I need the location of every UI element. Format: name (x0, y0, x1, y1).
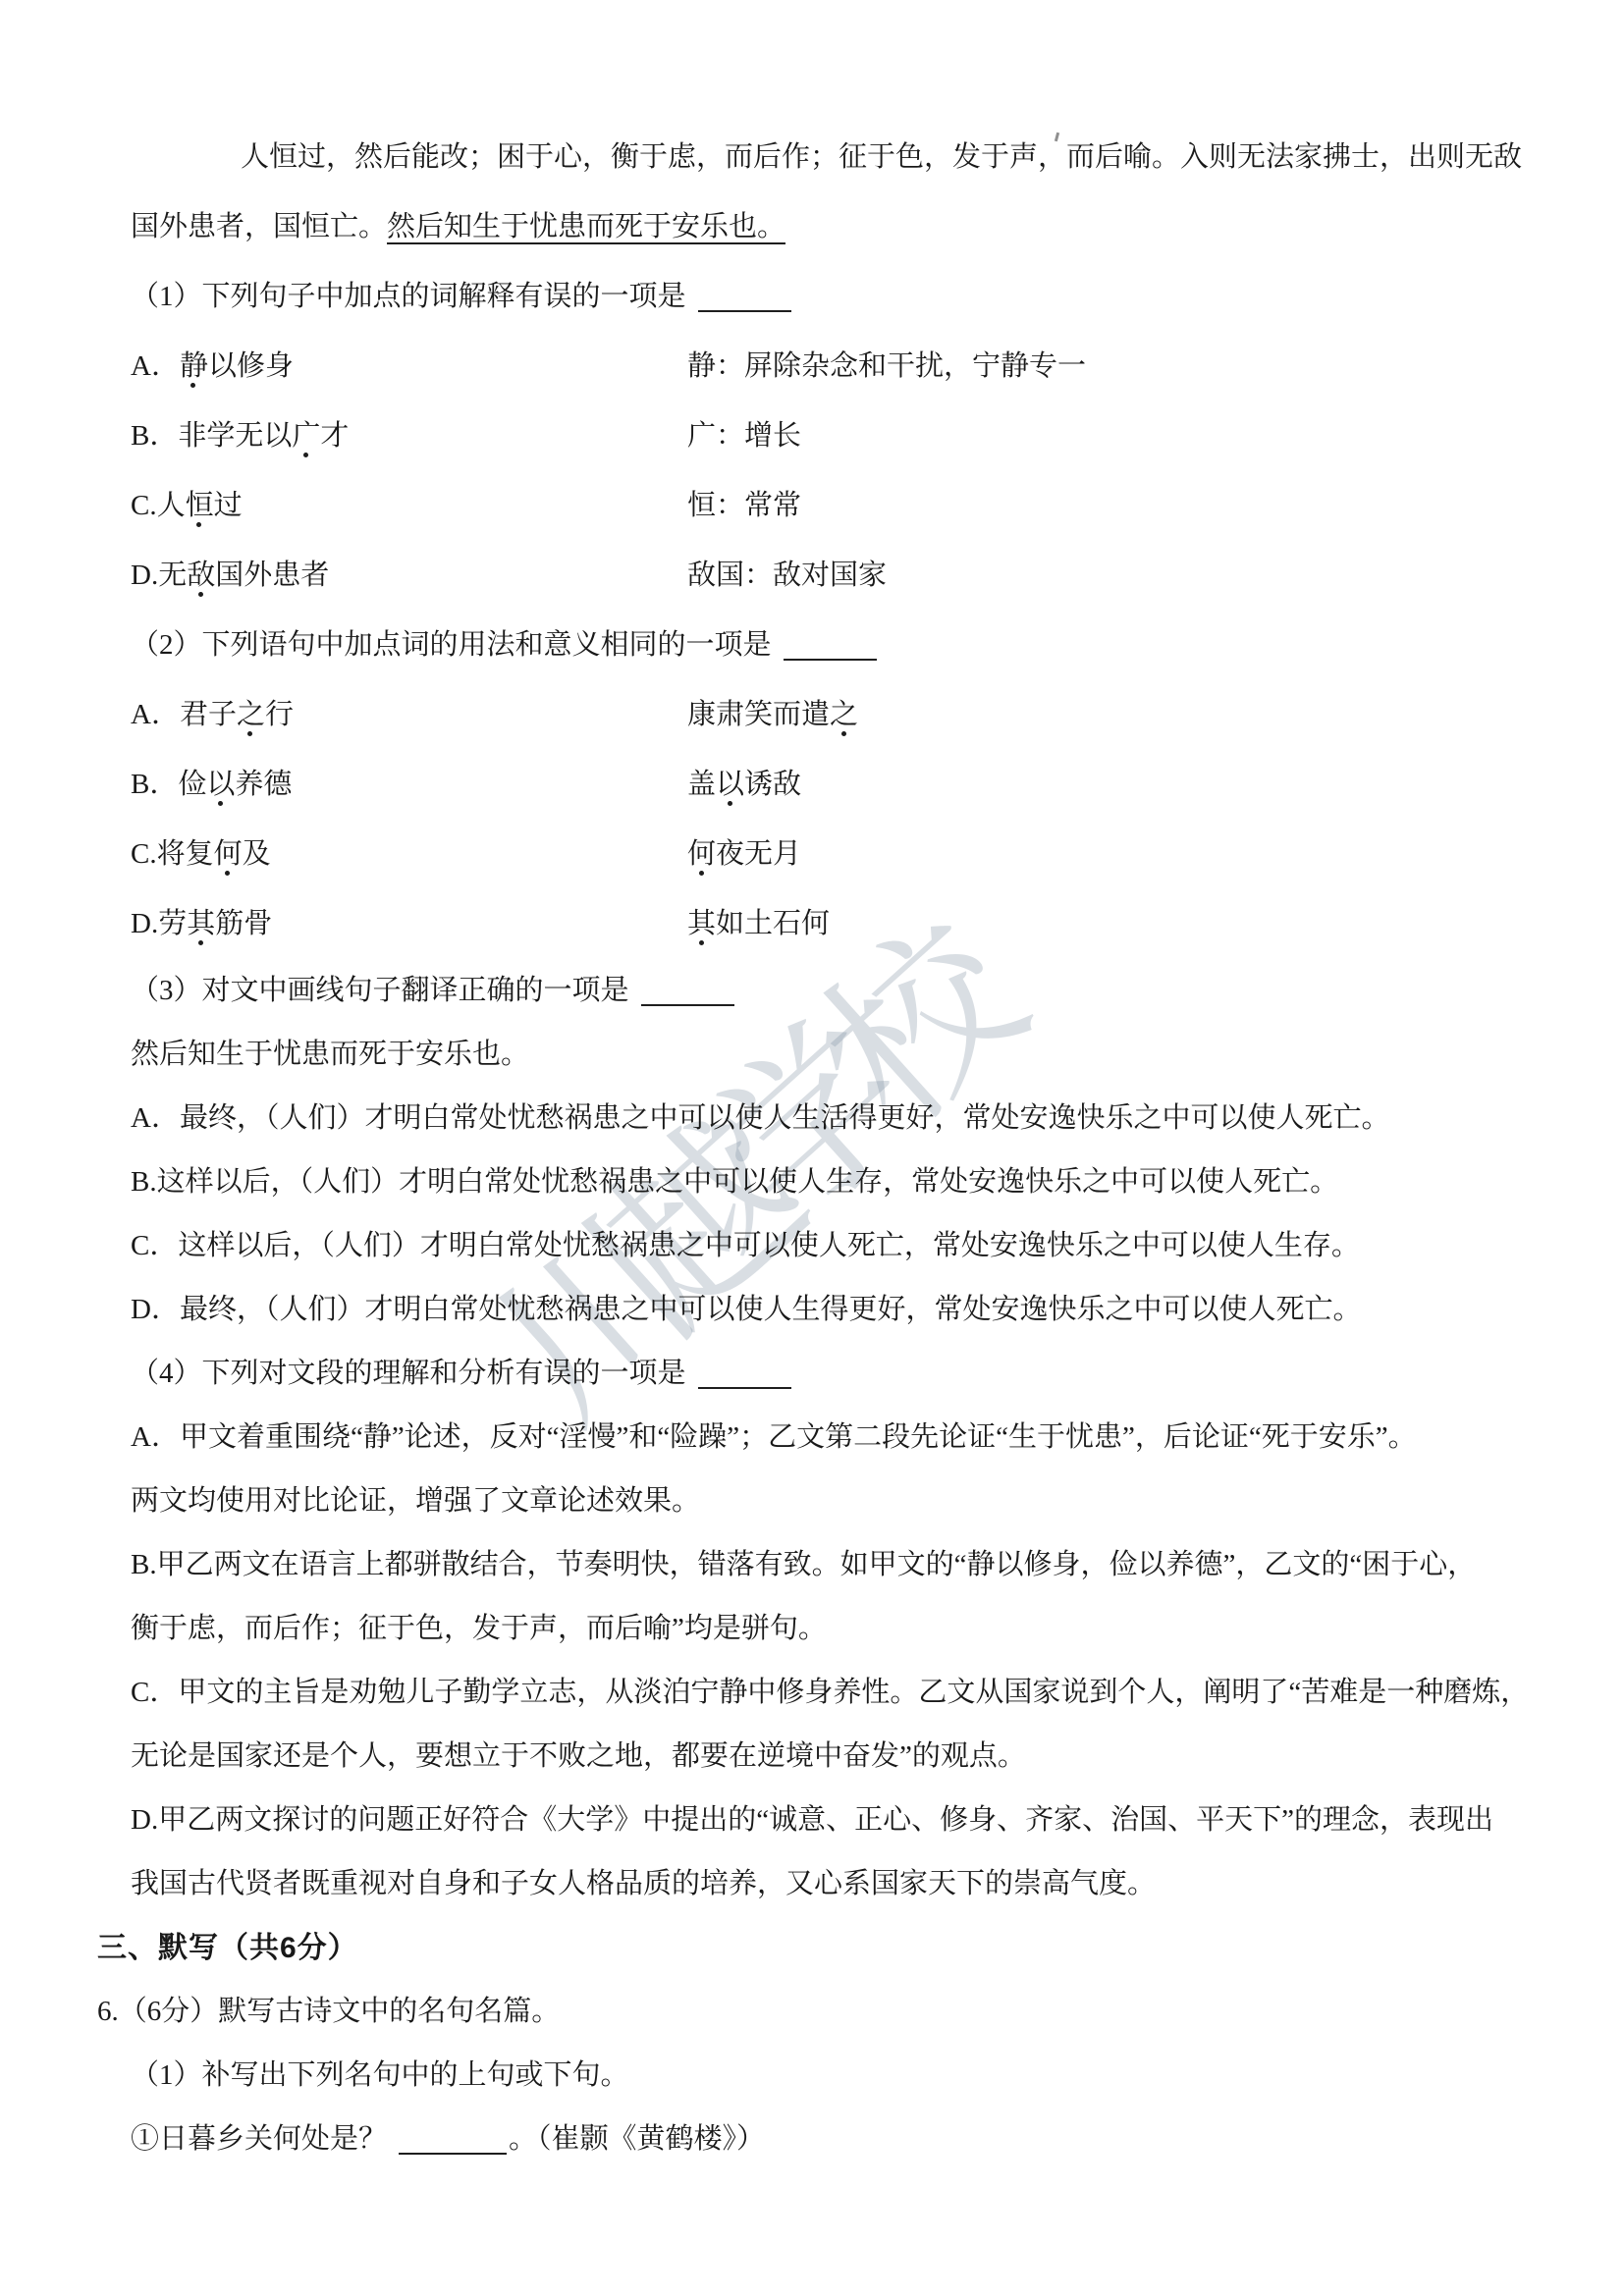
q1-option-a: A．静以修身静：屏除杂念和干扰，宁静专一 (131, 332, 1555, 401)
passage-line-2: 国外患者，国恒亡。然后知生于忧患而死于安乐也。 (131, 192, 1555, 262)
text-run: D.甲乙两文探讨的问题正好符合《大学》中提出的“诚意、正心、修身、齐家、治国、平… (131, 1804, 1493, 1836)
q1-option-d: D.无敌国外患者敌国：敌对国家 (131, 541, 1555, 611)
text-run: C．甲文的主旨是劝勉儿子勤学立志，从淡泊宁静中修身养性。乙文从国家说到个人，阐明… (131, 1677, 1529, 1708)
q4-option-c-line2: 无论是国家还是个人，要想立于不败之地，都要在逆境中奋发”的观点。 (131, 1725, 1555, 1789)
text-run: B．非学无以 (131, 420, 292, 452)
emphasis-dot-char: 何 (214, 820, 243, 889)
q4-option-b-line2: 衡于虑，而后作；征于色，发于声，而后喻”均是骈句。 (131, 1597, 1555, 1661)
q3-quoted-sentence: 然后知生于忧患而死于安乐也。 (131, 1023, 1555, 1087)
text-run: 静：屏除杂念和干扰，宁静专一 (687, 350, 1086, 382)
emphasis-dot-char: 广 (292, 401, 320, 471)
text-run: A． (131, 350, 180, 382)
text-run: B.甲乙两文在语言上都骈散结合，节奏明快，错落有致。如甲文的“静以修身，俭以养德… (131, 1549, 1476, 1580)
emphasis-dot-char: 其 (687, 889, 716, 959)
q4-option-a-line1: A．甲文着重围绕“静”论述，反对“淫慢”和“险躁”；乙文第二段先论证“生于忧患”… (131, 1406, 1555, 1469)
emphasis-dot-char: 之 (237, 680, 265, 750)
text-run: 6.（6分）默写古诗文中的名句名篇。 (97, 1996, 560, 2027)
q2-option-c: C.将复何及何夜无月 (131, 820, 1555, 889)
option-left-cell: C.人恒过 (131, 471, 687, 541)
text-run: 三、默写（共6分） (97, 1932, 358, 1964)
q4-option-c-line1: C．甲文的主旨是劝勉儿子勤学立志，从淡泊宁静中修身养性。乙文从国家说到个人，阐明… (131, 1661, 1555, 1725)
text-run: 然后知生于忧患而死于安乐也。 (131, 1039, 529, 1070)
question-2-stem: （2）下列语句中加点词的用法和意义相同的一项是 (131, 611, 1555, 680)
text-run: （4）下列对文段的理解和分析有误的一项是 (131, 1358, 686, 1389)
text-run: D.无 (131, 560, 187, 591)
text-run: 康肃笑而遣 (687, 699, 830, 730)
option-left-cell: A．君子之行 (131, 680, 687, 750)
question-3-stem: （3）对文中画线句子翻译正确的一项是 (131, 959, 1555, 1023)
section-heading: 三、默写（共6分） (97, 1916, 1555, 1980)
text-run: 衡于虑，而后作；征于色，发于声，而后喻”均是骈句。 (131, 1613, 827, 1644)
text-run: 无论是国家还是个人，要想立于不败之地，都要在逆境中奋发”的观点。 (131, 1740, 1026, 1772)
passage-line-1: 人恒过，然后能改；困于心，衡于虑，而后作；征于色，发于声，而后喻。入则无法家拂士… (131, 123, 1555, 192)
text-run: 盖 (687, 769, 716, 800)
q4-option-a-line2: 两文均使用对比论证，增强了文章论述效果。 (131, 1469, 1555, 1533)
emphasis-dot-char: 以 (206, 750, 235, 820)
option-right-cell: 静：屏除杂念和干扰，宁静专一 (687, 332, 1086, 401)
answer-blank (784, 625, 877, 661)
question-1-stem: （1）下列句子中加点的词解释有误的一项是 (131, 262, 1555, 332)
text-run: 筋骨 (215, 908, 272, 939)
option-left-cell: B．俭以养德 (131, 750, 687, 820)
option-right-cell: 恒：常常 (687, 471, 801, 541)
q4-option-b-line1: B.甲乙两文在语言上都骈散结合，节奏明快，错落有致。如甲文的“静以修身，俭以养德… (131, 1533, 1555, 1597)
text-run: 恒：常常 (687, 490, 801, 521)
option-left-cell: C.将复何及 (131, 820, 687, 889)
q4-option-d-line1: D.甲乙两文探讨的问题正好符合《大学》中提出的“诚意、正心、修身、齐家、治国、平… (131, 1789, 1555, 1852)
text-run: （1）补写出下列名句中的上句或下句。 (131, 2059, 629, 2091)
text-run: 及 (243, 838, 271, 870)
question-6: 6.（6分）默写古诗文中的名句名篇。 (97, 1980, 1555, 2044)
text-run: 两文均使用对比论证，增强了文章论述效果。 (131, 1485, 700, 1517)
underlined-text: 然后知生于忧患而死于安乐也。 (387, 211, 785, 244)
text-run: ①日暮乡关何处是？ (131, 2123, 387, 2155)
answer-blank (641, 971, 734, 1006)
document-page: 人恒过，然后能改；困于心，衡于虑，而后作；征于色，发于声，而后喻。入则无法家拂士… (0, 0, 1624, 2296)
option-left-cell: D.无敌国外患者 (131, 541, 687, 611)
text-run: B.这样以后，（人们）才明白常处忧愁祸患之中可以使人生存，常处安逸快乐之中可以使… (131, 1166, 1338, 1198)
emphasis-dot-char: 静 (180, 332, 208, 401)
q6-sub-1: （1）补写出下列名句中的上句或下句。 (131, 2044, 1555, 2108)
text-run: 行 (265, 699, 294, 730)
emphasis-dot-char: 以 (716, 750, 744, 820)
option-right-cell: 敌国：敌对国家 (687, 541, 887, 611)
option-right-cell: 广：增长 (687, 401, 801, 471)
text-run: D.劳 (131, 908, 187, 939)
emphasis-dot-char: 恒 (186, 471, 214, 541)
text-run: C.人 (131, 490, 186, 521)
text-run: 过 (214, 490, 243, 521)
q6-item-1: ①日暮乡关何处是？。（崔颢《黄鹤楼》） (131, 2108, 1555, 2171)
emphasis-dot-char: 敌 (187, 541, 215, 611)
text-run: C．这样以后，（人们）才明白常处忧愁祸患之中可以使人死亡，常处安逸快乐之中可以使… (131, 1230, 1360, 1261)
text-run: A．甲文着重围绕“静”论述，反对“淫慢”和“险躁”；乙文第二段先论证“生于忧患”… (131, 1421, 1417, 1453)
q3-option-a: A．最终，（人们）才明白常处忧愁祸患之中可以使人生活得更好，常处安逸快乐之中可以… (131, 1087, 1555, 1150)
text-run: 如土石何 (716, 908, 830, 939)
text-run: A．最终，（人们）才明白常处忧愁祸患之中可以使人生活得更好，常处安逸快乐之中可以… (131, 1102, 1389, 1134)
option-left-cell: D.劳其筋骨 (131, 889, 687, 959)
q3-option-d: D．最终，（人们）才明白常处忧愁祸患之中可以使人生得更好，常处安逸快乐之中可以使… (131, 1278, 1555, 1342)
answer-blank (399, 2119, 507, 2155)
text-run: 诱敌 (744, 769, 801, 800)
option-left-cell: A．静以修身 (131, 332, 687, 401)
text-run: A．君子 (131, 699, 237, 730)
question-4-stem: （4）下列对文段的理解和分析有误的一项是 (131, 1342, 1555, 1406)
q4-option-d-line2: 我国古代贤者既重视对自身和子女人格品质的培养，又心系国家天下的崇高气度。 (131, 1852, 1555, 1916)
text-run: 养德 (235, 769, 292, 800)
text-run: 国外患者，国恒亡。 (131, 211, 387, 242)
option-right-cell: 其如土石何 (687, 889, 830, 959)
text-run: C.将复 (131, 838, 214, 870)
option-left-cell: B．非学无以广才 (131, 401, 687, 471)
q2-option-b: B．俭以养德盖以诱敌 (131, 750, 1555, 820)
text-run: （2）下列语句中加点词的用法和意义相同的一项是 (131, 629, 772, 661)
text-run: 夜无月 (716, 838, 801, 870)
text-run: （1）下列句子中加点的词解释有误的一项是 (131, 281, 686, 312)
text-run: 广：增长 (687, 420, 801, 452)
text-run: 才 (320, 420, 349, 452)
q1-option-b: B．非学无以广才广：增长 (131, 401, 1555, 471)
emphasis-dot-char: 其 (187, 889, 215, 959)
q2-option-d: D.劳其筋骨其如土石何 (131, 889, 1555, 959)
q3-option-b: B.这样以后，（人们）才明白常处忧愁祸患之中可以使人生存，常处安逸快乐之中可以使… (131, 1150, 1555, 1214)
text-run: 敌国：敌对国家 (687, 560, 887, 591)
answer-blank (698, 277, 791, 312)
text-run: 。（崔颢《黄鹤楼》） (509, 2123, 765, 2155)
text-run: 人恒过，然后能改；困于心，衡于虑，而后作；征于色，发于声，而后喻。入则无法家拂士… (241, 141, 1522, 173)
text-run: 以修身 (208, 350, 294, 382)
text-run: （3）对文中画线句子翻译正确的一项是 (131, 975, 629, 1006)
q3-option-c: C．这样以后，（人们）才明白常处忧愁祸患之中可以使人死亡，常处安逸快乐之中可以使… (131, 1214, 1555, 1278)
text-run: 我国古代贤者既重视对自身和子女人格品质的培养，又心系国家天下的崇高气度。 (131, 1868, 1156, 1899)
text-run: B．俭 (131, 769, 206, 800)
q1-option-c: C.人恒过恒：常常 (131, 471, 1555, 541)
answer-blank (698, 1354, 791, 1389)
text-run: D．最终，（人们）才明白常处忧愁祸患之中可以使人生得更好，常处安逸快乐之中可以使… (131, 1294, 1361, 1325)
emphasis-dot-char: 何 (687, 820, 716, 889)
emphasis-dot-char: 之 (830, 680, 858, 750)
option-right-cell: 康肃笑而遣之 (687, 680, 858, 750)
option-right-cell: 盖以诱敌 (687, 750, 801, 820)
text-run: 国外患者 (215, 560, 329, 591)
option-right-cell: 何夜无月 (687, 820, 801, 889)
q2-option-a: A．君子之行康肃笑而遣之 (131, 680, 1555, 750)
